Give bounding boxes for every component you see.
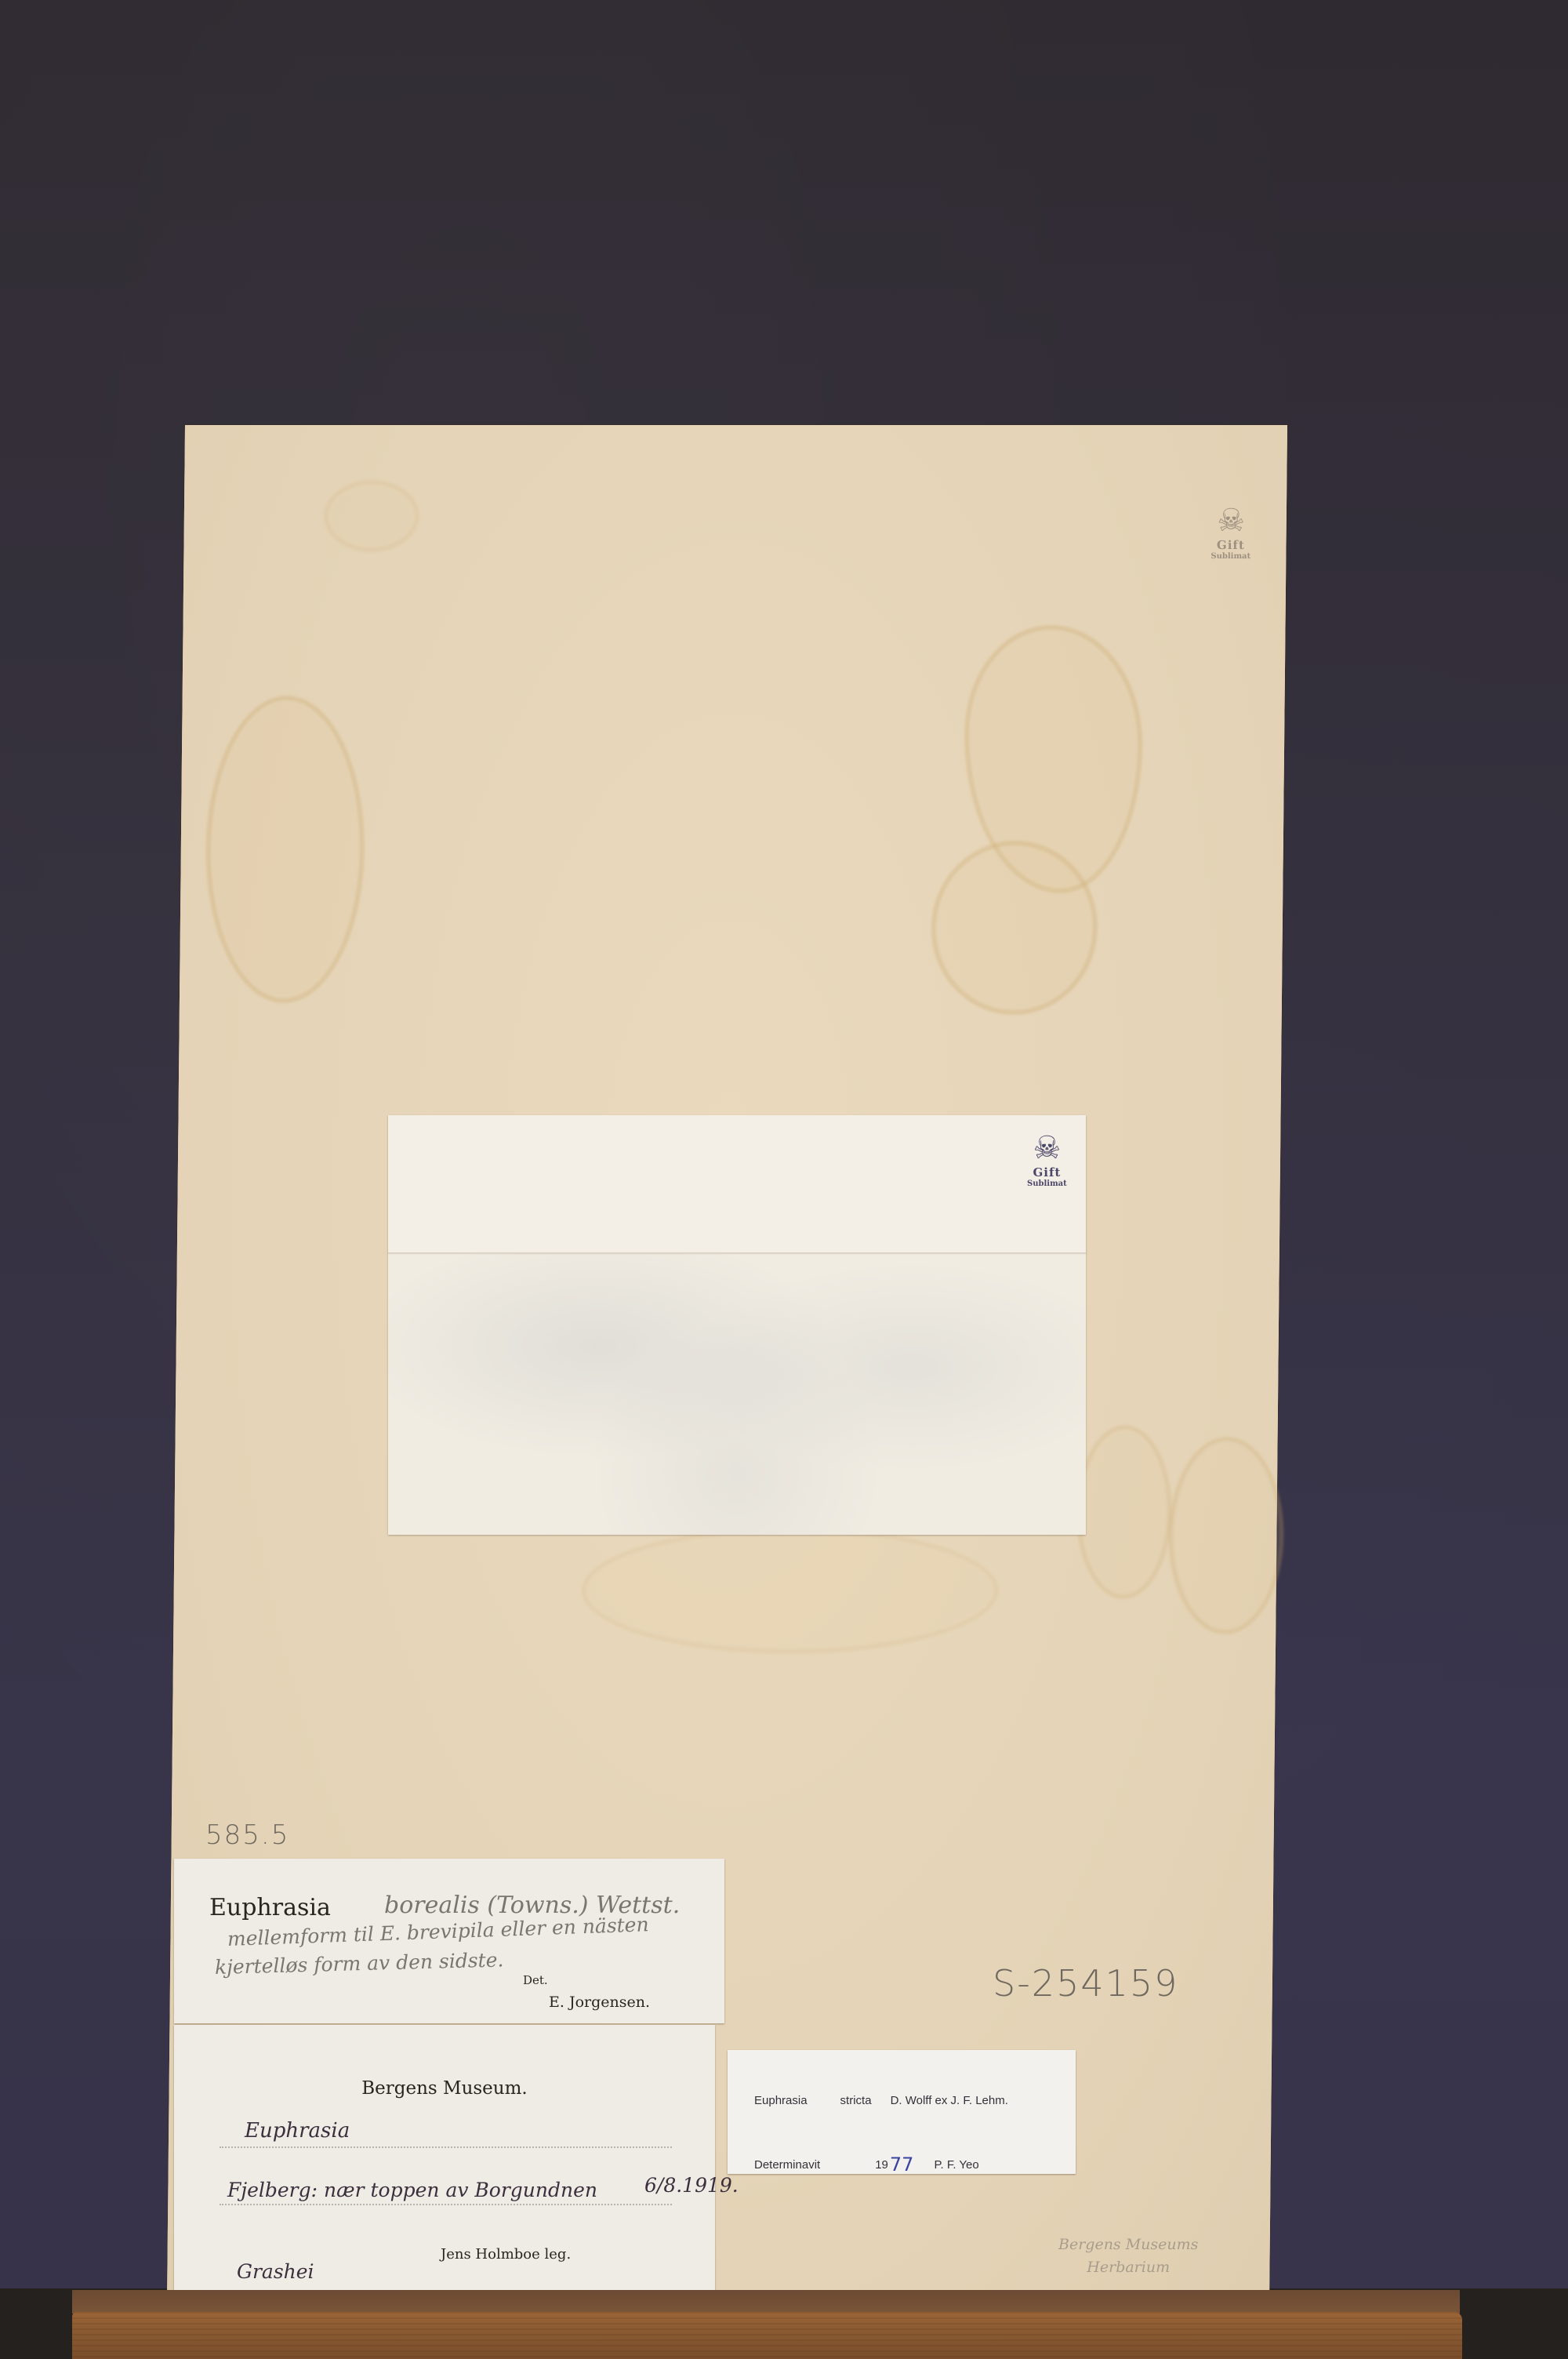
genus-handwritten: Euphrasia xyxy=(245,2119,350,2143)
herbarium-stamp: Bergens Museums Herbarium xyxy=(1058,2234,1198,2278)
determination-note-line-2: kjertelløs form av den sidste. xyxy=(215,1948,504,1979)
collector-name: Jens Holmboe leg. xyxy=(441,2246,571,2263)
revision-genus: Euphrasia xyxy=(754,2094,808,2107)
revision-authority: D. Wolff ex J. F. Lehm. xyxy=(891,2094,1008,2107)
determinavit-label: Determinavit xyxy=(754,2158,820,2172)
water-stain xyxy=(581,1527,1000,1654)
determination-label: Euphrasia borealis (Towns.) Wettst. mell… xyxy=(174,1859,724,2023)
accession-number: 585.5 xyxy=(205,1819,289,1851)
herbarium-stamp-line-2: Herbarium xyxy=(1058,2256,1198,2279)
stamp-gift-text: Gift xyxy=(1027,1167,1067,1179)
skull-crossbones-icon: ☠ xyxy=(1027,1132,1067,1164)
revision-species: stricta xyxy=(840,2094,872,2107)
poison-stamp: ☠ Gift Sublimat xyxy=(1027,1132,1067,1188)
herbarium-stamp-line-1: Bergens Museums xyxy=(1058,2234,1198,2256)
habitat-handwritten: Grashei xyxy=(237,2260,314,2283)
dotted-rule xyxy=(220,2204,672,2205)
determiner-name: E. Jorgensen. xyxy=(549,1994,650,2011)
stamp-gift-text: Gift xyxy=(1210,540,1250,551)
specimen-id: S-254159 xyxy=(993,1962,1178,2005)
stamp-sublimat-text: Sublimat xyxy=(1210,553,1250,561)
poison-stamp: ☠ Gift Sublimat xyxy=(1210,505,1250,561)
wooden-stand-top xyxy=(72,2290,1460,2314)
water-stain xyxy=(1076,1425,1173,1599)
collection-date: 6/8.1919. xyxy=(644,2174,739,2197)
revision-determiner: P. F. Yeo xyxy=(934,2158,978,2172)
stamp-sublimat-text: Sublimat xyxy=(1027,1180,1067,1188)
year-printed: 19 xyxy=(875,2158,888,2172)
revision-name-row: EuphrasiastrictaD. Wolff ex J. F. Lehm. xyxy=(754,2094,1008,2107)
water-stain xyxy=(1167,1437,1284,1634)
year-handwritten: 77 xyxy=(890,2154,914,2175)
wooden-stand-front xyxy=(72,2312,1462,2359)
det-prefix: Det. xyxy=(523,1973,548,1987)
genus-printed: Euphrasia xyxy=(209,1894,331,1921)
packet-flap[interactable] xyxy=(388,1115,1086,1253)
museum-title: Bergens Museum. xyxy=(174,2078,715,2099)
revision-label: EuphrasiastrictaD. Wolff ex J. F. Lehm. … xyxy=(728,2050,1076,2174)
water-stain xyxy=(323,480,419,552)
locality-handwritten: Fjelberg: nær toppen av Borgundnen xyxy=(227,2179,597,2201)
skull-crossbones-icon: ☠ xyxy=(1211,505,1251,536)
water-stain xyxy=(205,696,366,1003)
specimen-packet[interactable]: ☠ Gift Sublimat xyxy=(388,1115,1086,1535)
dotted-rule xyxy=(220,2146,672,2148)
water-stain xyxy=(931,841,1098,1015)
revision-determinavit-row: Determinavit1977P. F. Yeo xyxy=(754,2154,979,2175)
museum-label: Bergens Museum. Euphrasia Fjelberg: nær … xyxy=(174,2025,715,2293)
